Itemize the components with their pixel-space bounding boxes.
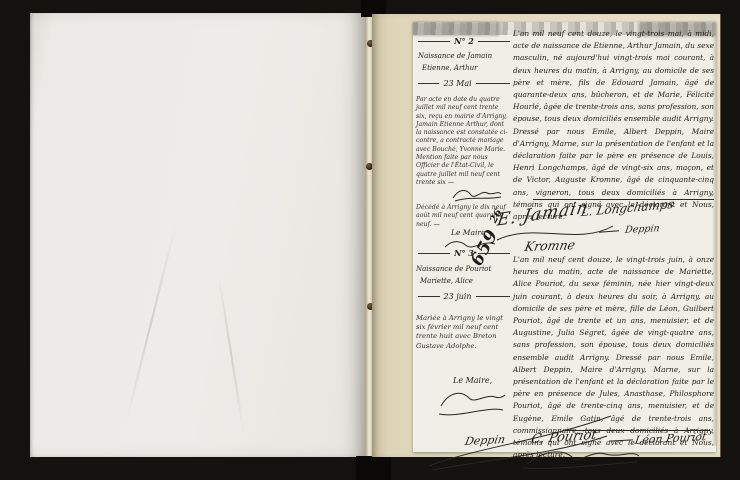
entry3-marriage-mention: Mariée à Arrigny le vingt six février mi…	[416, 314, 508, 351]
entry2-margin-date-row: 23 Mai	[418, 79, 510, 88]
entry3-date: 23 juin	[444, 292, 472, 301]
bottom-paraph-flourish	[521, 446, 641, 470]
margin-dash	[418, 41, 450, 42]
entry3-signature-deppin: Deppin	[464, 433, 507, 448]
entry2-margin-title-line2: Etienne, Arthur	[422, 64, 478, 73]
entry3-number: N° 3	[454, 248, 474, 258]
entry2-marriage-mention: Par acte en date du quatre juillet mil n…	[416, 96, 508, 187]
binding-tape-bottom	[356, 456, 391, 480]
margin-dash	[418, 253, 450, 254]
margin-dash	[476, 83, 510, 84]
entry2-signature-deppin: Deppin	[624, 223, 660, 236]
entry2-signature-kromne: Kromne	[523, 237, 576, 254]
entry2-act-text: L'an mil neuf cent douze, le vingt-trois…	[513, 28, 714, 223]
margin-dash	[478, 253, 510, 254]
entry2-margin-title-line1: Naissance de Jamain	[418, 52, 492, 61]
scanned-register-spread: N° 2 Naissance de Jamain Etienne, Arthur…	[0, 0, 740, 480]
entry2-closing-rule	[533, 199, 714, 200]
scan-smudge	[413, 22, 499, 36]
entry3-margin-title-line1: Naissance de Pouriot	[416, 265, 491, 274]
left-blank-page	[30, 13, 366, 457]
entry3-margin-title-line2: Mariette, Alice	[420, 277, 473, 286]
page-crease	[217, 274, 244, 432]
entry2-date: 23 Mai	[443, 79, 471, 88]
margin-dash	[418, 83, 439, 84]
margin-dash	[476, 296, 510, 297]
entry3-mayor-label: Le Maire,	[453, 376, 492, 385]
entry2-margin-number-row: N° 2	[418, 36, 510, 46]
entry2-number: N° 2	[454, 36, 474, 46]
margin-dash	[418, 296, 440, 297]
entry3-margin-date-row: 23 juin	[418, 292, 510, 301]
margin-officer-signature-flourish	[451, 186, 503, 202]
page-crease	[126, 226, 176, 421]
entry3-margin-number-row: N° 3	[418, 248, 510, 258]
margin-dash	[478, 41, 510, 42]
photocopied-register-sheet: N° 2 Naissance de Jamain Etienne, Arthur…	[413, 22, 716, 452]
